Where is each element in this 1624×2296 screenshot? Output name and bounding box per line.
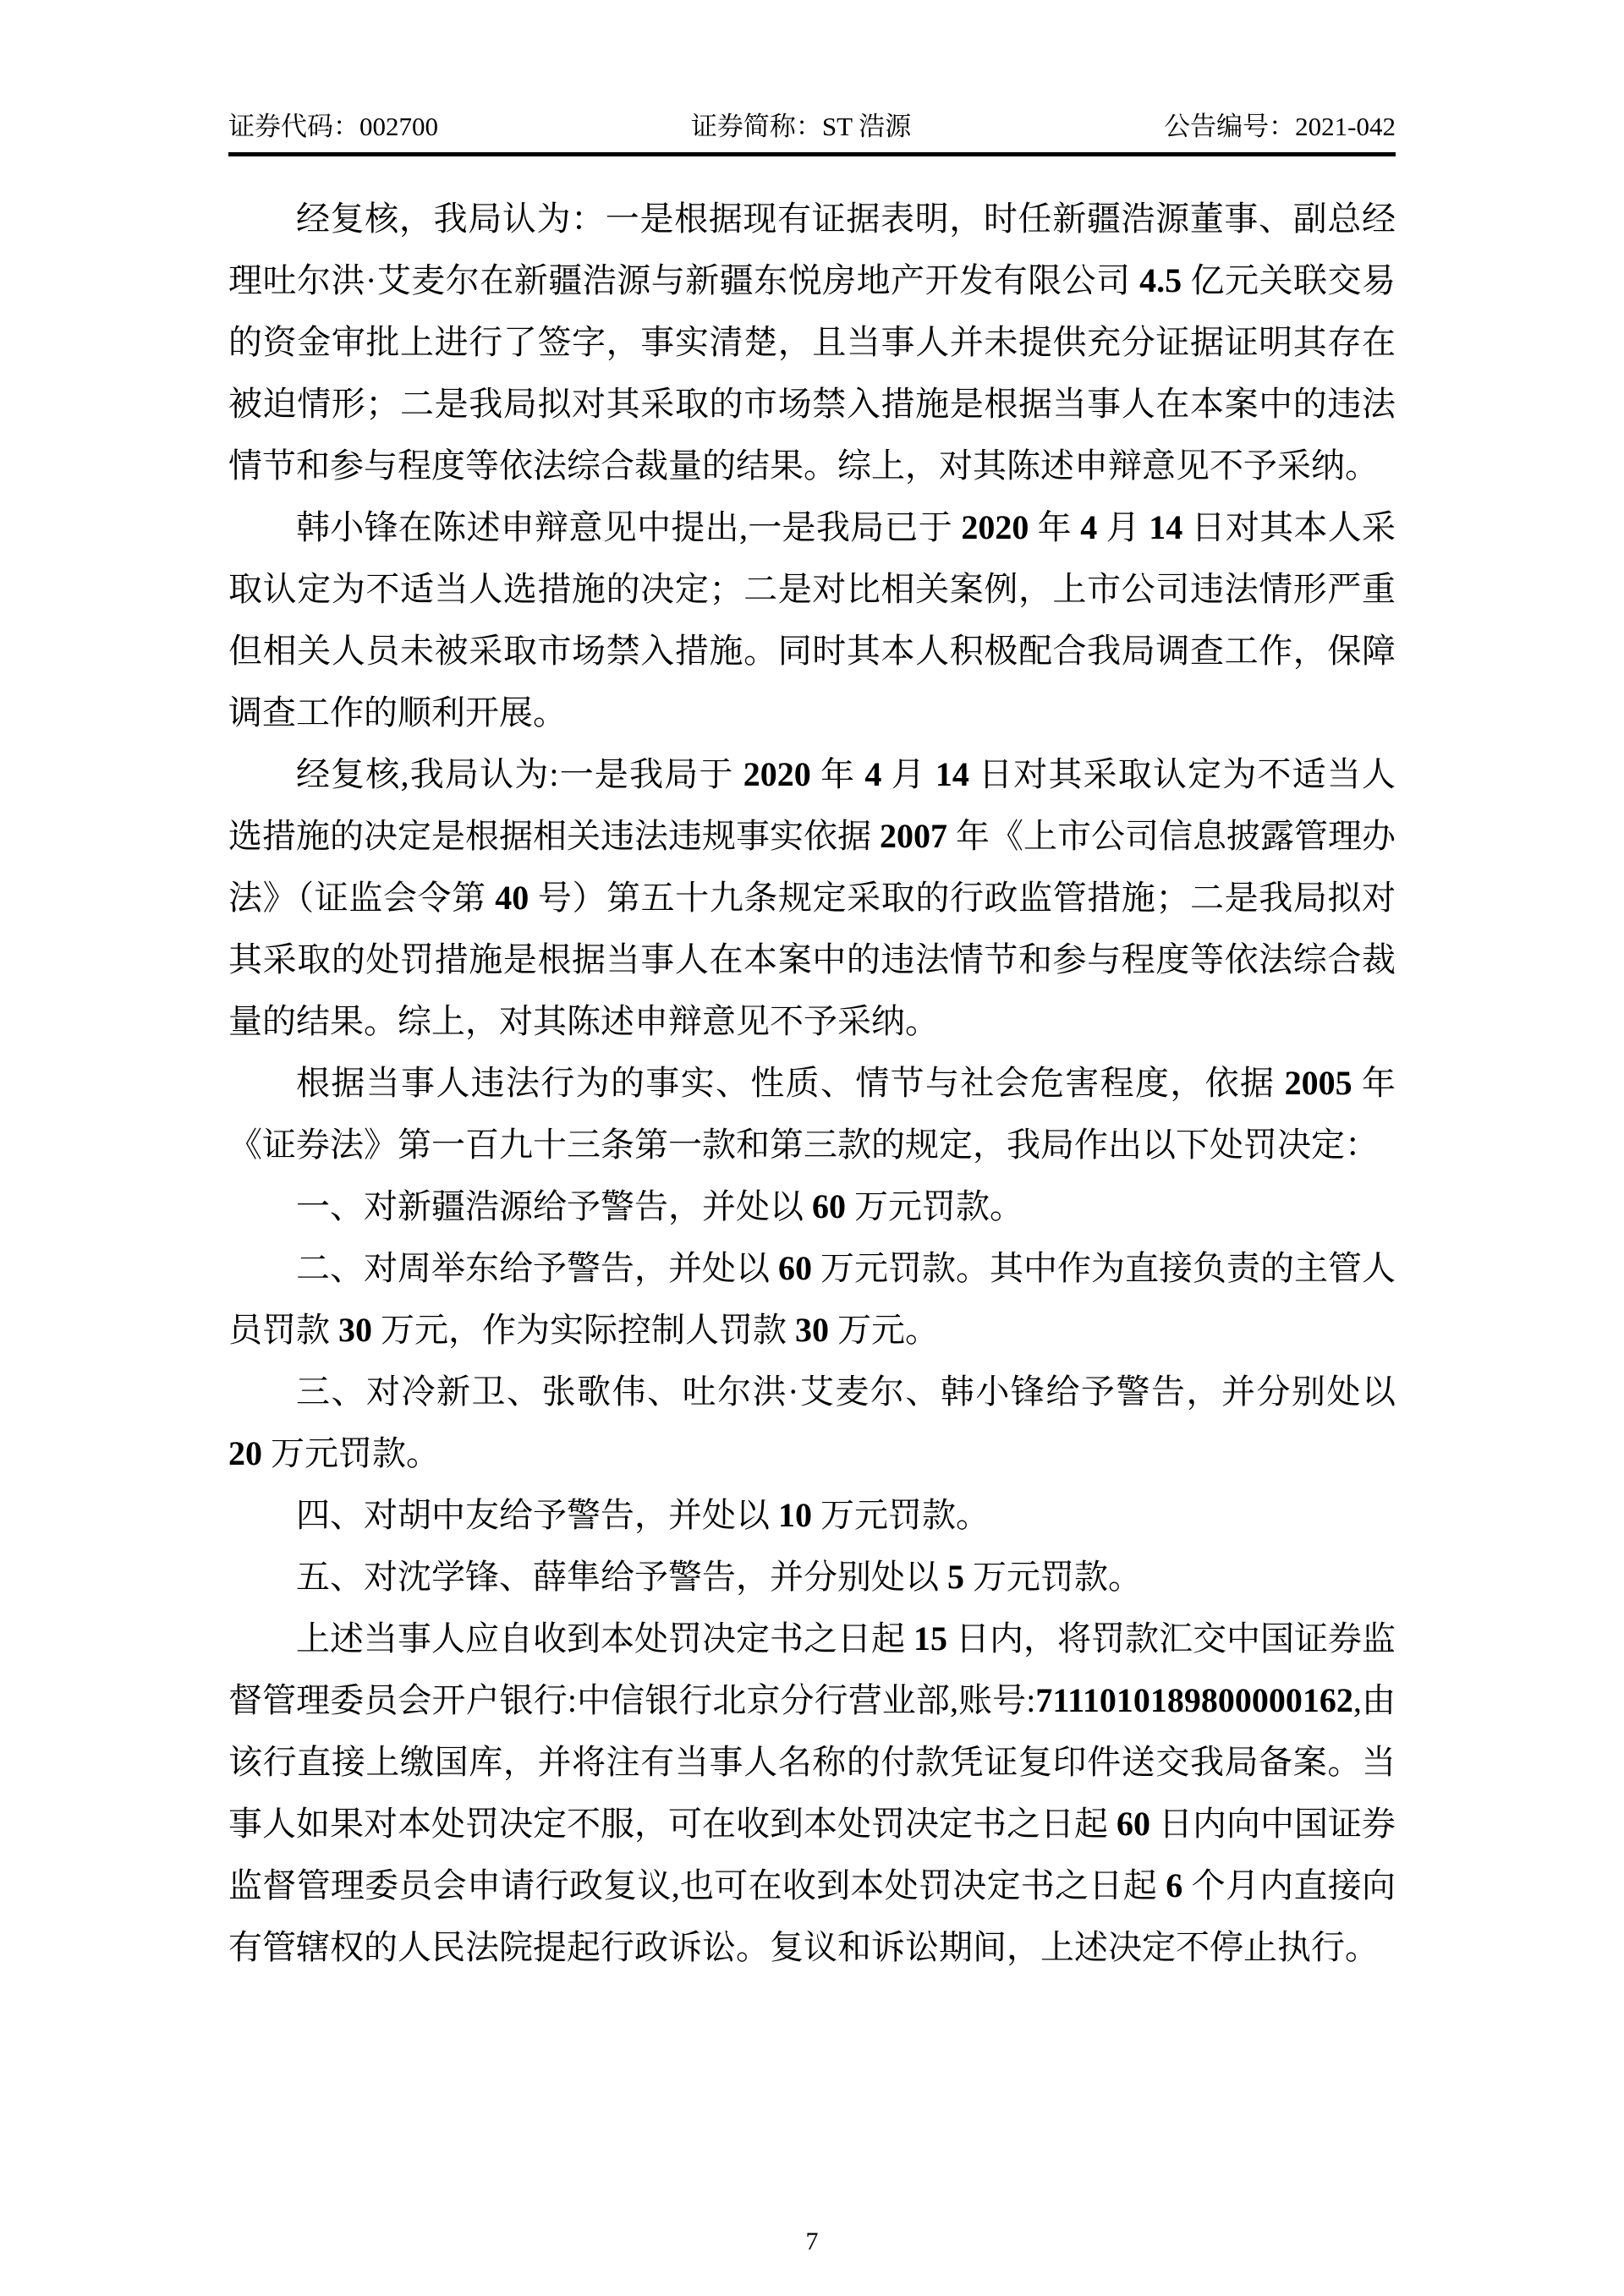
bold-number: 15 — [913, 1619, 947, 1658]
bold-number: 14 — [935, 755, 969, 793]
bold-number: 4.5 — [1139, 261, 1182, 299]
text-run: 万元罚款。 — [262, 1434, 440, 1472]
announcement-number-label: 公告编号：2021-042 — [1164, 108, 1396, 145]
text-run: 月 — [881, 755, 935, 793]
bold-number: 7111010189800000162 — [1035, 1681, 1353, 1719]
bold-number: 2020 — [961, 508, 1029, 546]
bold-number: 10 — [778, 1496, 812, 1534]
text-run: 年 — [1029, 508, 1080, 546]
bold-number: 40 — [495, 879, 529, 917]
stock-code-label: 证券代码：002700 — [228, 108, 438, 145]
text-run: 万元罚款。 — [812, 1496, 990, 1534]
bold-number: 6 — [1166, 1866, 1182, 1904]
paragraph: 四、对胡中友给予警告，并处以 10 万元罚款。 — [228, 1484, 1396, 1546]
bold-number: 2007 — [880, 817, 947, 855]
bold-number: 60 — [1116, 1805, 1150, 1843]
bold-number: 60 — [812, 1187, 846, 1225]
text-run: 上述当事人应自收到本处罚决定书之日起 — [296, 1619, 913, 1658]
text-run: 一、对新疆浩源给予警告，并处以 — [296, 1187, 812, 1225]
document-page: 证券代码：002700 证券简称：ST 浩源 公告编号：2021-042 经复核… — [0, 0, 1624, 2296]
text-run: 万元。 — [829, 1311, 939, 1349]
paragraph: 五、对沈学锋、薛隼给予警告，并分别处以 5 万元罚款。 — [228, 1546, 1396, 1608]
bold-number: 30 — [338, 1311, 372, 1349]
paragraph: 二、对周举东给予警告，并处以 60 万元罚款。其中作为直接负责的主管人员罚款 3… — [228, 1237, 1396, 1361]
paragraph: 根据当事人违法行为的事实、性质、情节与社会危害程度，依据 2005 年《证券法》… — [228, 1052, 1396, 1175]
paragraph: 韩小锋在陈述申辩意见中提出,一是我局已于 2020 年 4 月 14 日对其本人… — [228, 496, 1396, 743]
paragraph: 经复核,我局认为:一是我局于 2020 年 4 月 14 日对其采取认定为不适当… — [228, 743, 1396, 1052]
paragraph: 经复核，我局认为：一是根据现有证据表明，时任新疆浩源董事、副总经理吐尔洪·艾麦尔… — [228, 188, 1396, 496]
text-run: 经复核,我局认为:一是我局于 — [296, 755, 743, 793]
bold-number: 60 — [778, 1249, 812, 1287]
paragraph: 三、对冷新卫、张歌伟、吐尔洪·艾麦尔、韩小锋给予警告，并分别处以 20 万元罚款… — [228, 1361, 1396, 1484]
paragraph: 一、对新疆浩源给予警告，并处以 60 万元罚款。 — [228, 1175, 1396, 1237]
bold-number: 5 — [947, 1558, 964, 1596]
bold-number: 2005 — [1285, 1064, 1352, 1102]
text-run: 韩小锋在陈述申辩意见中提出,一是我局已于 — [296, 508, 961, 546]
text-run: 万元罚款。 — [964, 1558, 1142, 1596]
stock-short-name-label: 证券简称：ST 浩源 — [691, 108, 911, 145]
bold-number: 30 — [795, 1311, 829, 1349]
document-body: 经复核，我局认为：一是根据现有证据表明，时任新疆浩源董事、副总经理吐尔洪·艾麦尔… — [228, 188, 1396, 1978]
text-run: 二、对周举东给予警告，并处以 — [296, 1249, 778, 1287]
text-run: 根据当事人违法行为的事实、性质、情节与社会危害程度，依据 — [296, 1064, 1285, 1102]
bold-number: 2020 — [743, 755, 811, 793]
paragraph: 上述当事人应自收到本处罚决定书之日起 15 日内，将罚款汇交中国证券监督管理委员… — [228, 1608, 1396, 1978]
bold-number: 20 — [228, 1434, 262, 1472]
text-run: 月 — [1097, 508, 1149, 546]
bold-number: 4 — [864, 755, 881, 793]
page-header: 证券代码：002700 证券简称：ST 浩源 公告编号：2021-042 — [228, 108, 1396, 156]
text-run: 三、对冷新卫、张歌伟、吐尔洪·艾麦尔、韩小锋给予警告，并分别处以 — [296, 1373, 1396, 1411]
text-run: 万元，作为实际控制人罚款 — [372, 1311, 795, 1349]
text-run: 四、对胡中友给予警告，并处以 — [296, 1496, 778, 1534]
bold-number: 14 — [1149, 508, 1182, 546]
text-run: 五、对沈学锋、薛隼给予警告，并分别处以 — [296, 1558, 947, 1596]
bold-number: 4 — [1080, 508, 1097, 546]
text-run: 年 — [811, 755, 865, 793]
text-run: 万元罚款。 — [846, 1187, 1023, 1225]
page-number: 7 — [0, 2227, 1624, 2257]
